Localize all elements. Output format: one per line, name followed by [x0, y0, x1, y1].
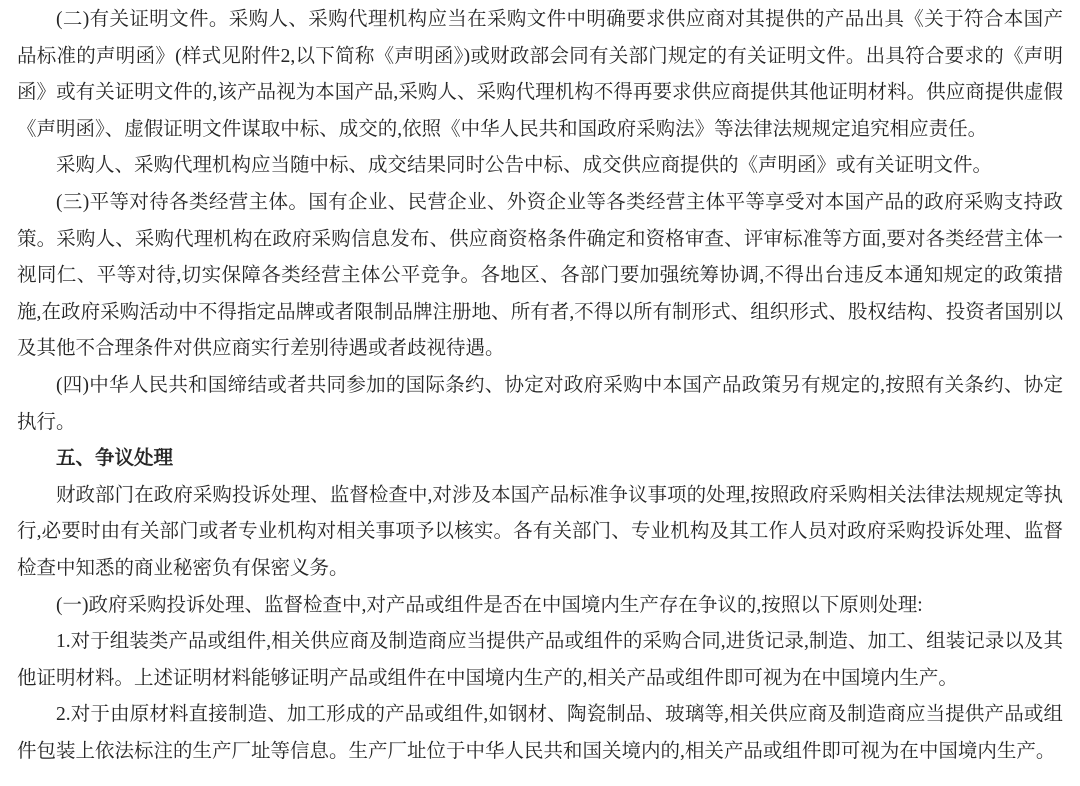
paragraph: (一)政府采购投诉处理、监督检查中,对产品或组件是否在中国境内生产存在争议的,按… [17, 588, 1063, 625]
paragraph: 采购人、采购代理机构应当随中标、成交结果同时公告中标、成交供应商提供的《声明函》… [17, 148, 1063, 185]
paragraph: (四)中华人民共和国缔结或者共同参加的国际条约、协定对政府采购中本国产品政策另有… [17, 368, 1063, 441]
paragraph: (二)有关证明文件。采购人、采购代理机构应当在采购文件中明确要求供应商对其提供的… [17, 2, 1063, 148]
document-page: (二)有关证明文件。采购人、采购代理机构应当在采购文件中明确要求供应商对其提供的… [0, 0, 1080, 786]
paragraph: 2.对于由原材料直接制造、加工形成的产品或组件,如钢材、陶瓷制品、玻璃等,相关供… [17, 697, 1063, 770]
paragraph: 财政部门在政府采购投诉处理、监督检查中,对涉及本国产品标准争议事项的处理,按照政… [17, 478, 1063, 588]
paragraph: (三)平等对待各类经营主体。国有企业、民营企业、外资企业等各类经营主体平等享受对… [17, 185, 1063, 368]
paragraph: 1.对于组装类产品或组件,相关供应商及制造商应当提供产品或组件的采购合同,进货记… [17, 624, 1063, 697]
section-heading: 五、争议处理 [17, 441, 1063, 478]
document-body: (二)有关证明文件。采购人、采购代理机构应当在采购文件中明确要求供应商对其提供的… [17, 2, 1063, 770]
